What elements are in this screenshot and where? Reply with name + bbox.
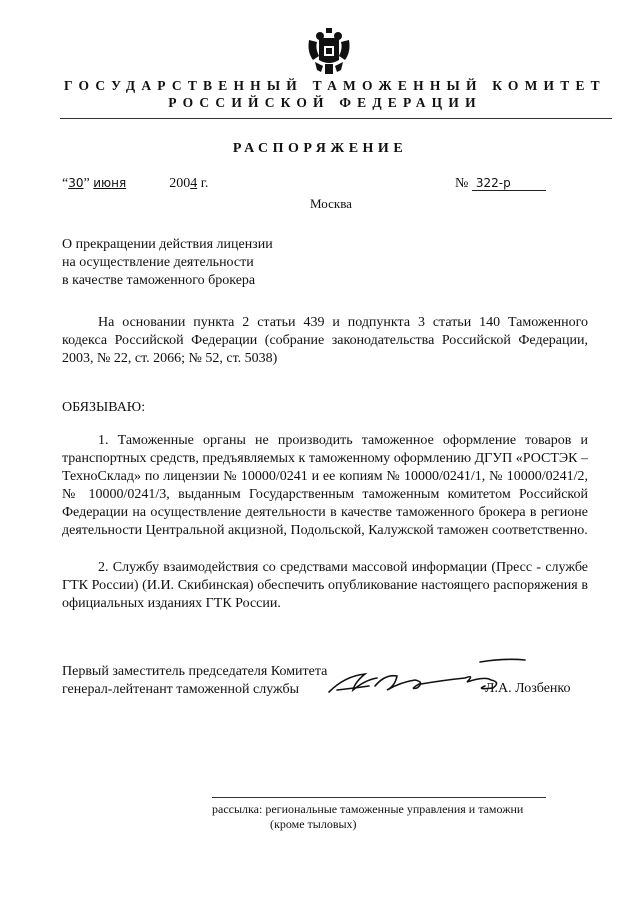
date-month: июня <box>93 176 169 190</box>
subject-line: на осуществление деятельности <box>62 254 273 272</box>
distribution-divider <box>212 797 546 798</box>
number-value: 322-р <box>472 176 546 191</box>
date-day: 30 <box>68 176 83 190</box>
coat-of-arms-icon <box>305 26 353 76</box>
distribution-list: рассылка: региональные таможенные управл… <box>212 801 523 817</box>
header-divider <box>60 118 612 119</box>
signatory-title-line1: Первый заместитель председателя Комитета <box>62 663 327 681</box>
legal-basis-paragraph: На основании пункта 2 статьи 439 и подпу… <box>62 314 588 368</box>
signatory-name: Л.А. Лозбенко <box>485 681 571 697</box>
document-subject: О прекращении действия лицензии на осуще… <box>62 236 273 290</box>
number-sign: № <box>455 176 468 191</box>
date-year-prefix: 200 <box>169 176 190 191</box>
city: Москва <box>0 196 640 212</box>
document-date: “30” июня2004 г. <box>62 176 208 192</box>
document-number: № 322-р <box>455 176 546 192</box>
signatory-title: Первый заместитель председателя Комитета… <box>62 663 327 699</box>
organization-name-line2: РОССИЙСКОЙ ФЕДЕРАЦИИ <box>0 95 640 111</box>
directive-item-2: 2. Службу взаимодействия со средствами м… <box>62 559 588 613</box>
date-quote-close: ” <box>84 176 90 191</box>
subject-line: в качестве таможенного брокера <box>62 272 273 290</box>
distribution-note: (кроме тыловых) <box>270 817 357 832</box>
subject-line: О прекращении действия лицензии <box>62 236 273 254</box>
organization-name-line1: ГОСУДАРСТВЕННЫЙ ТАМОЖЕННЫЙ КОМИТЕТ <box>64 78 604 94</box>
document-type-title: РАСПОРЯЖЕНИЕ <box>0 141 640 157</box>
date-month-text: июня <box>93 176 126 190</box>
signatory-title-line2: генерал-лейтенант таможенной службы <box>62 681 327 699</box>
date-year-suffix: г. <box>197 176 208 191</box>
directive-heading: ОБЯЗЫВАЮ: <box>62 400 145 416</box>
directive-item-1: 1. Таможенные органы не производить тамо… <box>62 432 588 540</box>
